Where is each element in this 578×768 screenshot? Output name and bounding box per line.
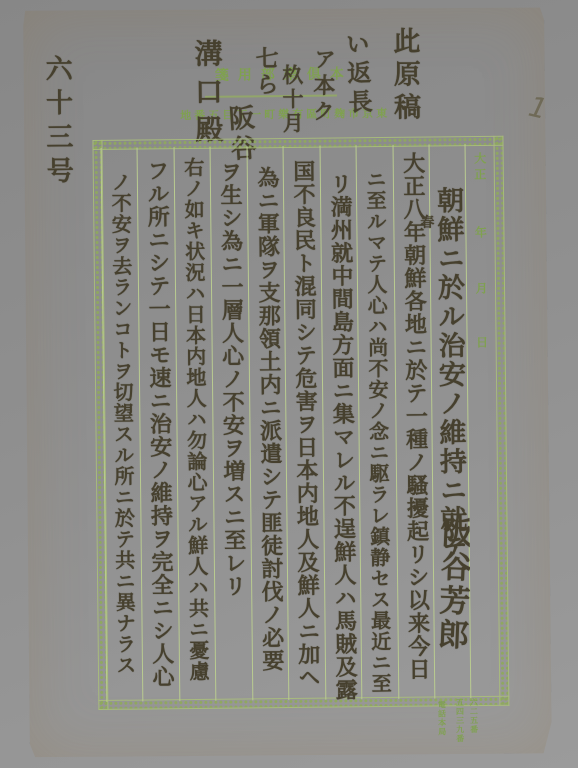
body-column-5: 為ニ軍隊ヲ支那領土内ニ派遣シテ匪徒討伐ノ必要 [247,146,290,700]
title-column: 朝鮮ニ於ル治安ノ維持ニ就テ 阪谷芳郎 [429,144,472,698]
body-text: フル所ニシテ一日モ速ニ治安ノ維持ヲ完全ニシ人心 [145,147,173,688]
body-column-2: ニ至ルマテ人心ハ尚不安ノ念ニ駆ラレ鎮静セス最近ニ至 [356,145,399,699]
month-label: 月 [475,282,487,298]
annotation-this-manuscript: 此原稿 [390,27,418,126]
phone-number-2: 五四三九番 [455,698,463,743]
phone-number-1: 六二五番 [469,698,477,734]
margin-document-number: 六十三号 [43,54,71,190]
annotation-note-4: 杦十月 [281,64,303,136]
page-number-mark: 1 [526,90,551,126]
author-signature: 阪谷芳郎 [433,516,470,653]
phone-exchange-label: 電話本局 [437,700,445,736]
body-column-8: フル所ニシテ一日モ速ニ治安ノ維持ヲ完全ニシ人心 [137,147,180,701]
body-text: 右ノ如キ状況ハ日本内地人ハ勿論心アル鮮人ハ共ニ憂慮 [183,147,209,682]
body-column-6: ヲ生シ為ニ一層人心ノ不安ヲ増スニ至レリ [210,146,253,700]
body-text: 為ニ軍隊ヲ支那領土内ニ派遣シテ匪徒討伐ノ必要 [255,146,283,672]
annotation-note-2: い返長 [343,31,371,119]
era-label: 大正 [474,152,486,184]
annotation-note-3: ア本ク [310,47,334,126]
writing-area: 大正 年 月 日 朝鮮ニ於ル治安ノ維持ニ就テ 阪谷芳郎 大正八年朝鮮各地ニ於テ一… [101,144,502,702]
body-column-4: 国不良民ト混同シテ危害ヲ日本内地人及鮮人ニ加ヘ [283,146,326,700]
document-title: 朝鮮ニ於ル治安ノ維持ニ就テ [434,186,465,563]
printed-ornamental-border: 大正 年 月 日 朝鮮ニ於ル治安ノ維持ニ就テ 阪谷芳郎 大正八年朝鮮各地ニ於テ一… [92,136,509,710]
manuscript-paper: 六十三号 1 箋用部樂倶本 地番五目丁一町樂有區町麹市京東 此原稿 い返長 ア本… [22,5,552,758]
body-column-3: リ満州就中間島方面ニ集マレル不逞鮮人ハ馬賊及露 [320,145,363,699]
body-text: 国不良民ト混同シテ危害ヲ日本内地人及鮮人ニ加ヘ [291,146,319,689]
body-text: ヲ生シ為ニ一層人心ノ不安ヲ増スニ至レリ [218,146,245,597]
body-column-7: 右ノ如キ状況ハ日本内地人ハ勿論心アル鮮人ハ共ニ憂慮 [174,147,217,701]
annotation-note-5: 七ら [252,46,276,98]
photograph-background: { "scene": { "background_color": "#8f8f8… [0,0,578,768]
day-label: 日 [476,336,488,352]
body-text: ノ不安ヲ去ランコトヲ切望スル所ニ於テ共ニ異ナラス [110,148,136,676]
year-label: 年 [474,226,486,242]
interlinear-insert-char: 春 [419,214,433,228]
body-text: ニ至ルマテ人心ハ尚不安ノ念ニ駆ラレ鎮静セス最近ニ至 [365,145,391,694]
body-text: リ満州就中間島方面ニ集マレル不逞鮮人ハ馬賊及露 [328,145,356,699]
letterhead-phone-block: 六二五番 五四三九番 電話本局 [431,698,483,745]
annotation-addressee: 溝口殿 [192,39,221,153]
body-column-9: ノ不安ヲ去ランコトヲ切望スル所ニ於テ共ニ異ナラス [101,148,144,702]
